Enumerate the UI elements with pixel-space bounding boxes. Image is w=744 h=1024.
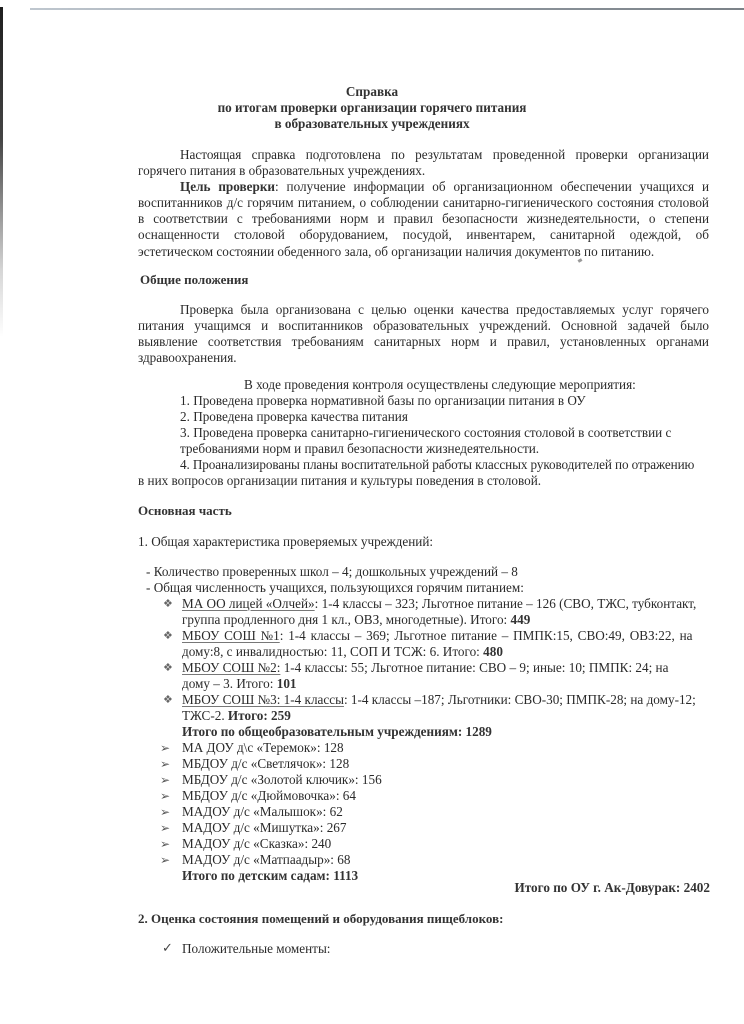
arrow-bullet-icon: ➢ [160, 757, 170, 772]
arrow-bullet-icon: ➢ [160, 821, 170, 836]
school-name: МБОУ СОШ №2: [182, 660, 280, 675]
document-subtitle-2: в образовательных учреждениях [0, 116, 744, 131]
arrow-bullet-icon: ➢ [160, 741, 170, 756]
diamond-bullet-icon: ❖ [163, 693, 173, 706]
kindergartens-total: Итого по детским садам: 1113 [182, 868, 358, 883]
section1-title: 1. Общая характеристика проверяемых учре… [138, 534, 433, 549]
school-item-cont: дому:8, с инвалидностью: 11, СОП И ТСЖ: … [182, 644, 503, 659]
goal-line: эстетическом состоянии обеденного зала, … [138, 244, 709, 260]
school-total: 449 [511, 612, 531, 627]
school-total: 101 [277, 676, 297, 691]
diamond-bullet-icon: ❖ [163, 629, 173, 642]
school-total: 259 [271, 708, 291, 723]
check-item: Положительные моменты: [182, 941, 330, 956]
school-item-cont: ТЖС-2. Итого: 259 [182, 708, 291, 723]
school-item-cont: группа продленного дня 1 кл., ОВЗ, много… [182, 612, 530, 627]
intro-paragraph: Настоящая справка подготовлена по резуль… [138, 147, 709, 260]
grand-total: Итого по ОУ г. Ак-Довурак: 2402 [515, 880, 711, 895]
kindergarten-item: МА ДОУ д\с «Теремок»: 128 [182, 740, 344, 755]
goal-line: оснащенности столовой оборудованием, пос… [138, 227, 709, 243]
kindergarten-item: МАДОУ д/с «Малышок»: 62 [182, 804, 343, 819]
total-students-line: - Общая численность учащихся, пользующих… [146, 580, 524, 595]
school-name: МА ОО лицей «Олчей» [182, 596, 315, 611]
intro-line: Настоящая справка подготовлена по резуль… [138, 147, 709, 163]
activity-item: 2. Проведена проверка качества питания [180, 409, 408, 424]
document-title: Справка [0, 84, 744, 99]
school-item: МБОУ СОШ №2: 1-4 классы: 55; Льготное пи… [182, 660, 668, 675]
schools-total: Итого по общеобразовательным учреждениям… [182, 724, 492, 739]
document-page: Справка по итогам проверки организации г… [0, 0, 744, 1024]
intro-line: горячего питания в образовательных учреж… [138, 163, 709, 179]
arrow-bullet-icon: ➢ [160, 853, 170, 868]
activity-item: 4. Проанализированы планы воспитательной… [180, 457, 694, 472]
kindergarten-item: МАДОУ д/с «Мишутка»: 267 [182, 820, 346, 835]
arrow-bullet-icon: ➢ [160, 789, 170, 804]
arrow-bullet-icon: ➢ [160, 773, 170, 788]
kindergarten-item: МАДОУ д/с «Матпаадыр»: 68 [182, 852, 350, 867]
goal-line: в соответствии с требованиями норм и пра… [138, 211, 709, 227]
general-heading: Общие положения [140, 272, 248, 287]
section2-heading: 2. Оценка состояния помещений и оборудов… [138, 911, 503, 926]
school-item: МА ОО лицей «Олчей»: 1-4 классы – 323; Л… [182, 596, 696, 611]
goal-line: воспитанников д/с горячим питанием, о со… [138, 195, 709, 211]
activities-intro: В ходе проведения контроля осуществлены … [244, 377, 636, 392]
arrow-bullet-icon: ➢ [160, 805, 170, 820]
activity-item-cont: в них вопросов организации питания и кул… [138, 473, 541, 488]
activity-item-cont: требованиями норм и правил безопасности … [180, 441, 539, 456]
school-name: МБОУ СОШ №3: 1-4 классы [182, 692, 344, 707]
general-paragraph: Проверка была организована с целью оценк… [138, 302, 709, 366]
activity-item: 3. Проведена проверка санитарно-гигиенич… [180, 425, 671, 440]
goal-label: Цель проверки [180, 179, 275, 194]
kindergarten-item: МБДОУ д/с «Дюймовочка»: 64 [182, 788, 356, 803]
diamond-bullet-icon: ❖ [163, 661, 173, 674]
goal-line: Цель проверки: получение информации об о… [138, 179, 709, 195]
document-subtitle-1: по итогам проверки организации горячего … [0, 100, 744, 115]
kindergarten-item: МАДОУ д/с «Сказка»: 240 [182, 836, 331, 851]
school-total: 480 [483, 644, 503, 659]
school-item: МБОУ СОШ №1: 1-4 классы – 369; Льготное … [182, 628, 693, 643]
kindergarten-item: МБДОУ д/с «Золотой ключик»: 156 [182, 772, 382, 787]
activity-item: 1. Проведена проверка нормативной базы п… [180, 393, 586, 408]
school-item-cont: дому – 3. Итого: 101 [182, 676, 297, 691]
main-heading: Основная часть [138, 503, 232, 518]
scan-speck [578, 258, 583, 263]
school-item: МБОУ СОШ №3: 1-4 классы: 1-4 классы –187… [182, 692, 696, 707]
kindergarten-item: МБДОУ д/с «Светлячок»: 128 [182, 756, 349, 771]
diamond-bullet-icon: ❖ [163, 597, 173, 610]
checkmark-icon: ✓ [162, 940, 173, 956]
school-name: МБОУ СОШ №1 [182, 628, 280, 643]
count-line: - Количество проверенных школ – 4; дошко… [146, 564, 518, 579]
arrow-bullet-icon: ➢ [160, 837, 170, 852]
